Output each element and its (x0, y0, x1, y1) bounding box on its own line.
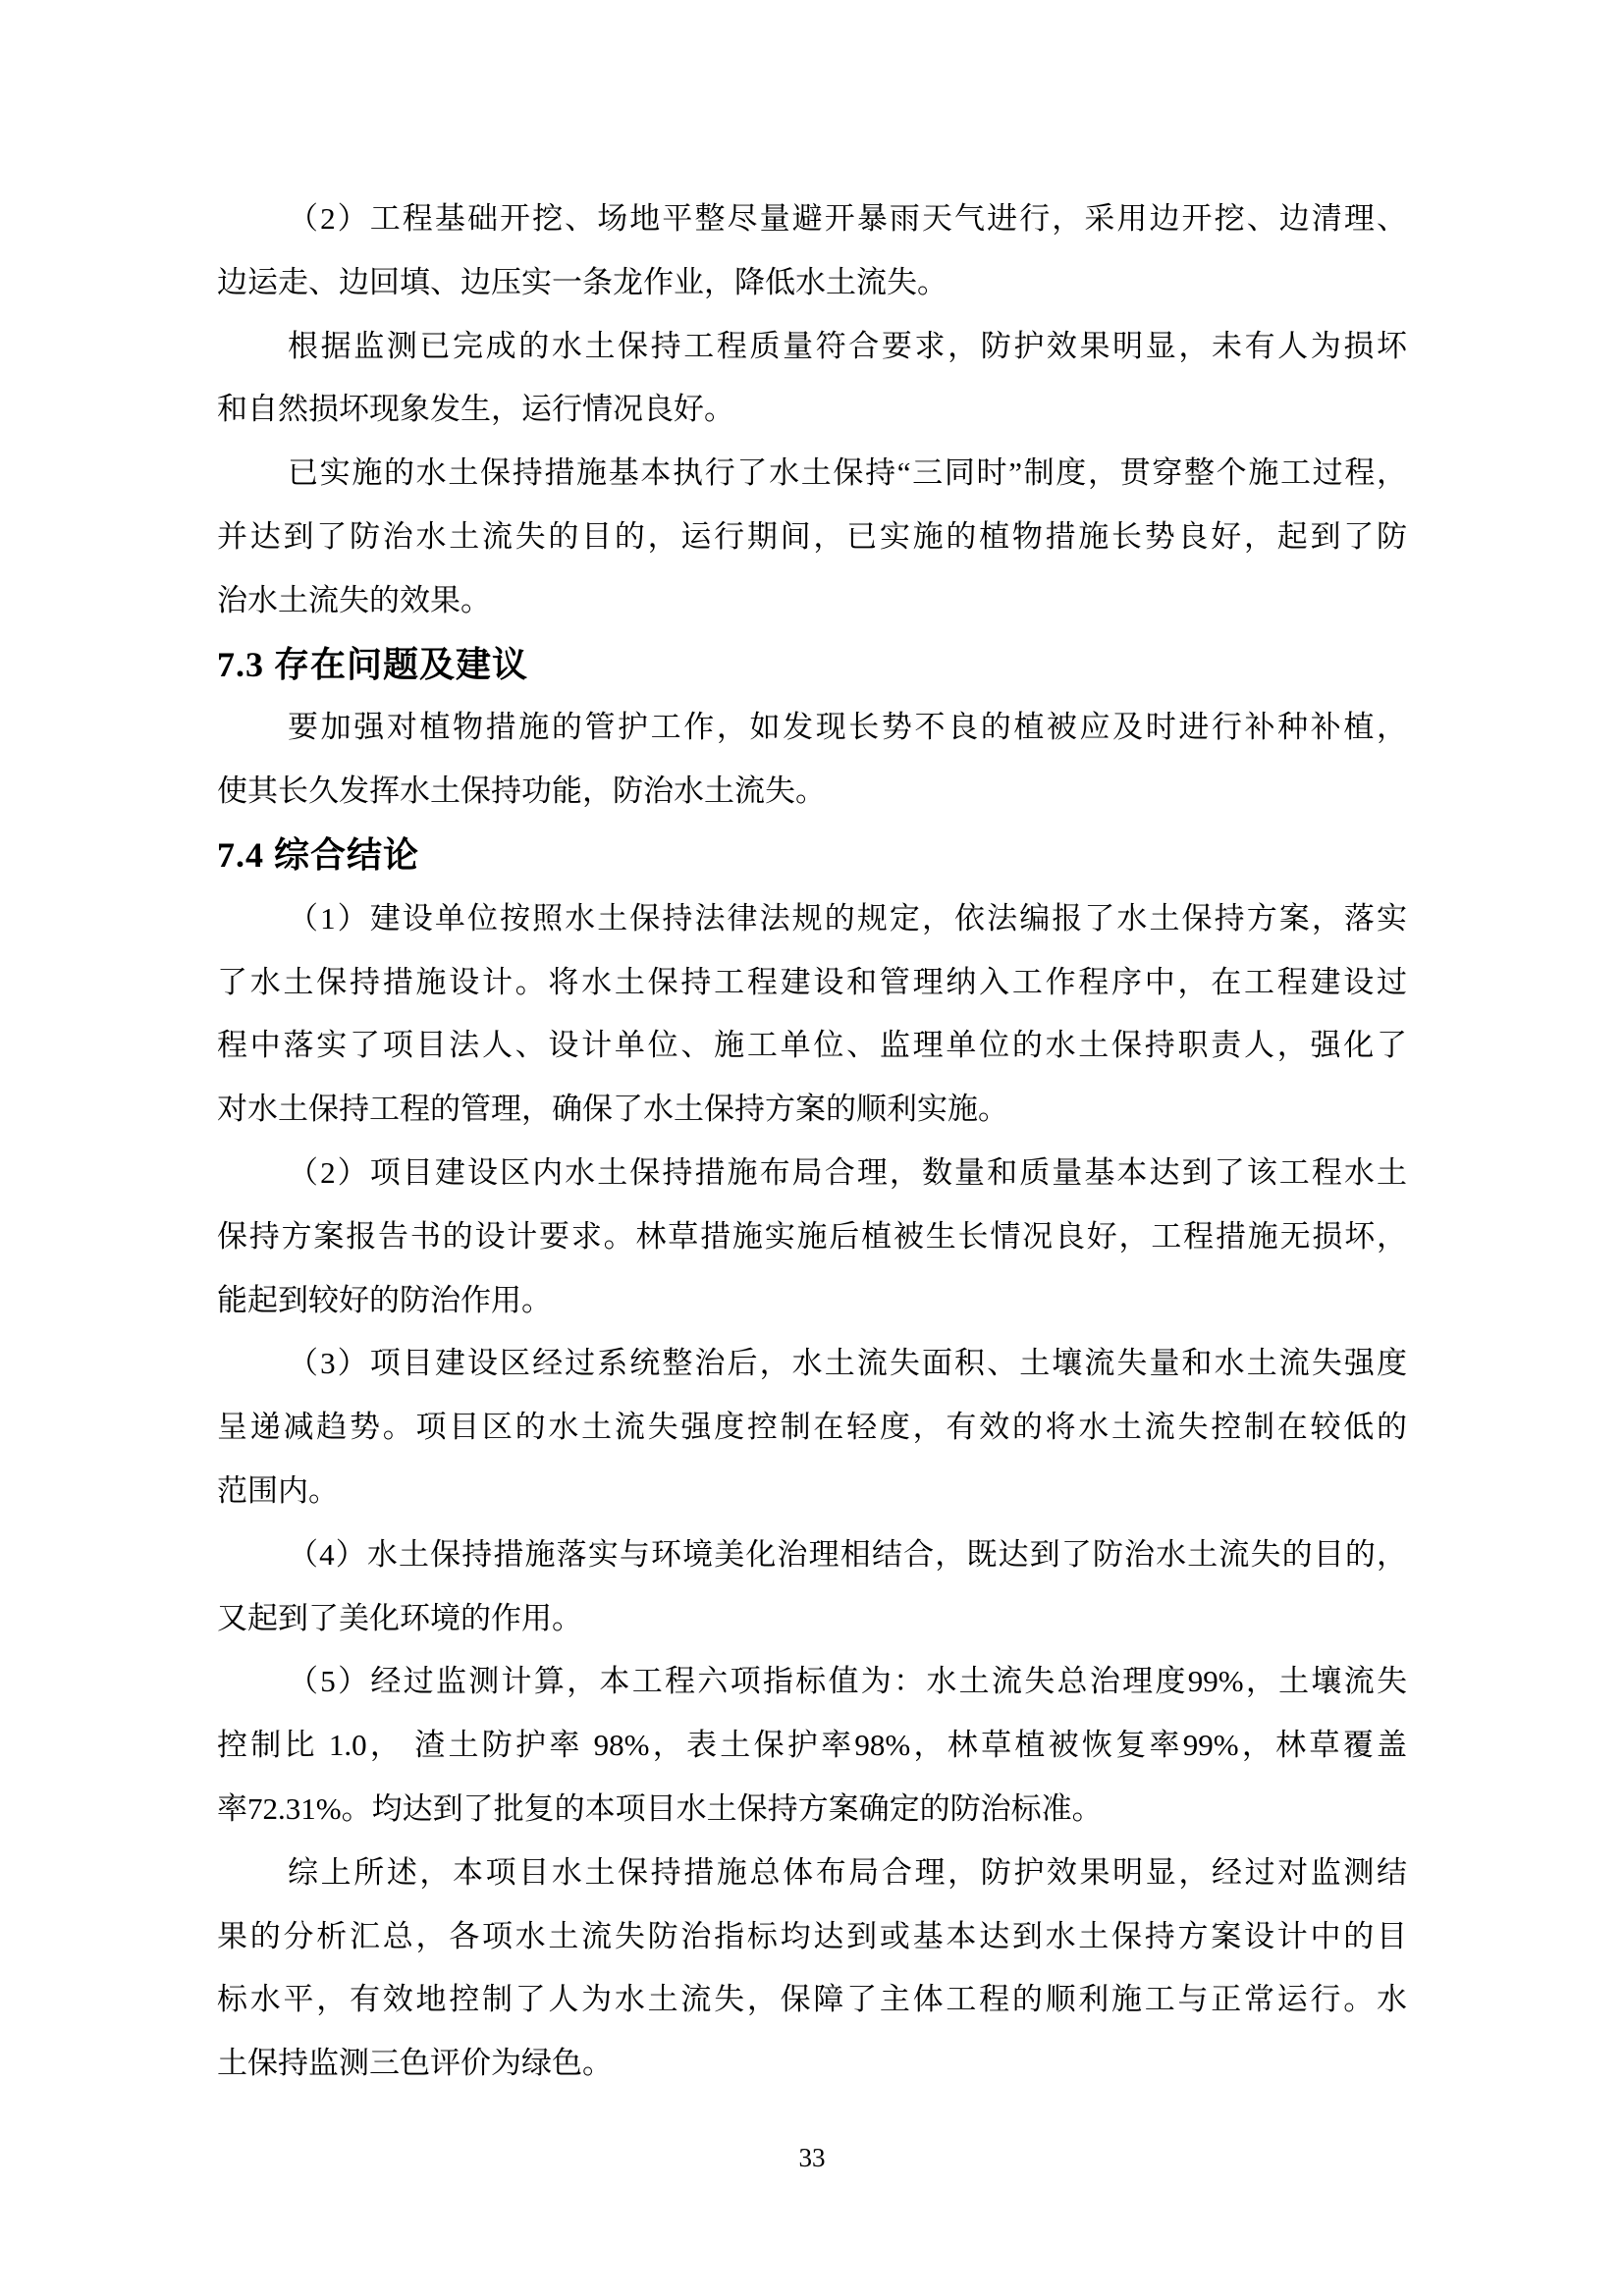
text-line: 边运走、边回填、边压实一条龙作业，降低水土流失。 (217, 251, 1407, 315)
text-line: 根据监测已完成的水土保持工程质量符合要求，防护效果明显，未有人为损坏 (217, 315, 1407, 379)
text-line: 治水土流失的效果。 (217, 569, 1407, 633)
text-line: （2）工程基础开挖、场地平整尽量避开暴雨天气进行，采用边开挖、边清理、 (217, 187, 1407, 251)
page-number: 33 (0, 2126, 1624, 2190)
text-line: （4）水土保持措施落实与环境美化治理相结合，既达到了防治水土流失的目的， (217, 1523, 1407, 1587)
text-line: 使其长久发挥水土保持功能，防治水土流失。 (217, 760, 1407, 824)
text-line: 范围内。 (217, 1460, 1407, 1523)
text-line: 程中落实了项目法人、设计单位、施工单位、监理单位的水土保持职责人，强化了 (217, 1014, 1407, 1078)
section-heading-7-4: 7.4 综合结论 (217, 824, 1407, 887)
text-line: 又起到了美化环境的作用。 (217, 1587, 1407, 1651)
text-line: 土保持监测三色评价为绿色。 (217, 2032, 1407, 2096)
text-line: 并达到了防治水土流失的目的，运行期间，已实施的植物措施长势良好，起到了防 (217, 506, 1407, 569)
text-line: 综上所述，本项目水土保持措施总体布局合理，防护效果明显，经过对监测结 (217, 1842, 1407, 1905)
text-line: 保持方案报告书的设计要求。林草措施实施后植被生长情况良好，工程措施无损坏， (217, 1205, 1407, 1269)
page-body: （2）工程基础开挖、场地平整尽量避开暴雨天气进行，采用边开挖、边清理、 边运走、… (217, 187, 1407, 2096)
text-line: 果的分析汇总，各项水土流失防治指标均达到或基本达到水土保持方案设计中的目 (217, 1905, 1407, 1969)
text-line: 能起到较好的防治作用。 (217, 1269, 1407, 1333)
text-line: 了水土保持措施设计。将水土保持工程建设和管理纳入工作程序中，在工程建设过 (217, 951, 1407, 1015)
text-line: 呈递减趋势。项目区的水土流失强度控制在轻度，有效的将水土流失控制在较低的 (217, 1396, 1407, 1460)
text-line: （2）项目建设区内水土保持措施布局合理，数量和质量基本达到了该工程水土 (217, 1142, 1407, 1205)
text-line: 对水土保持工程的管理，确保了水土保持方案的顺利实施。 (217, 1078, 1407, 1142)
section-heading-7-3: 7.3 存在问题及建议 (217, 633, 1407, 697)
text-line: 已实施的水土保持措施基本执行了水土保持“三同时”制度，贯穿整个施工过程， (217, 442, 1407, 506)
document-page: （2）工程基础开挖、场地平整尽量避开暴雨天气进行，采用边开挖、边清理、 边运走、… (0, 0, 1624, 2296)
text-line: （3）项目建设区经过系统整治后，水土流失面积、土壤流失量和水土流失强度 (217, 1332, 1407, 1396)
text-line: 要加强对植物措施的管护工作，如发现长势不良的植被应及时进行补种补植， (217, 696, 1407, 760)
text-line: 控制比 1.0， 渣土防护率 98%，表土保护率98%，林草植被恢复率99%，林… (217, 1714, 1407, 1778)
text-line: （1）建设单位按照水土保持法律法规的规定，依法编报了水土保持方案，落实 (217, 887, 1407, 951)
text-line: 率72.31%。均达到了批复的本项目水土保持方案确定的防治标准。 (217, 1778, 1407, 1842)
text-line: 标水平，有效地控制了人为水土流失，保障了主体工程的顺利施工与正常运行。水 (217, 1968, 1407, 2032)
text-line: 和自然损坏现象发生，运行情况良好。 (217, 378, 1407, 442)
text-line: （5）经过监测计算，本工程六项指标值为：水土流失总治理度99%，土壤流失 (217, 1650, 1407, 1714)
